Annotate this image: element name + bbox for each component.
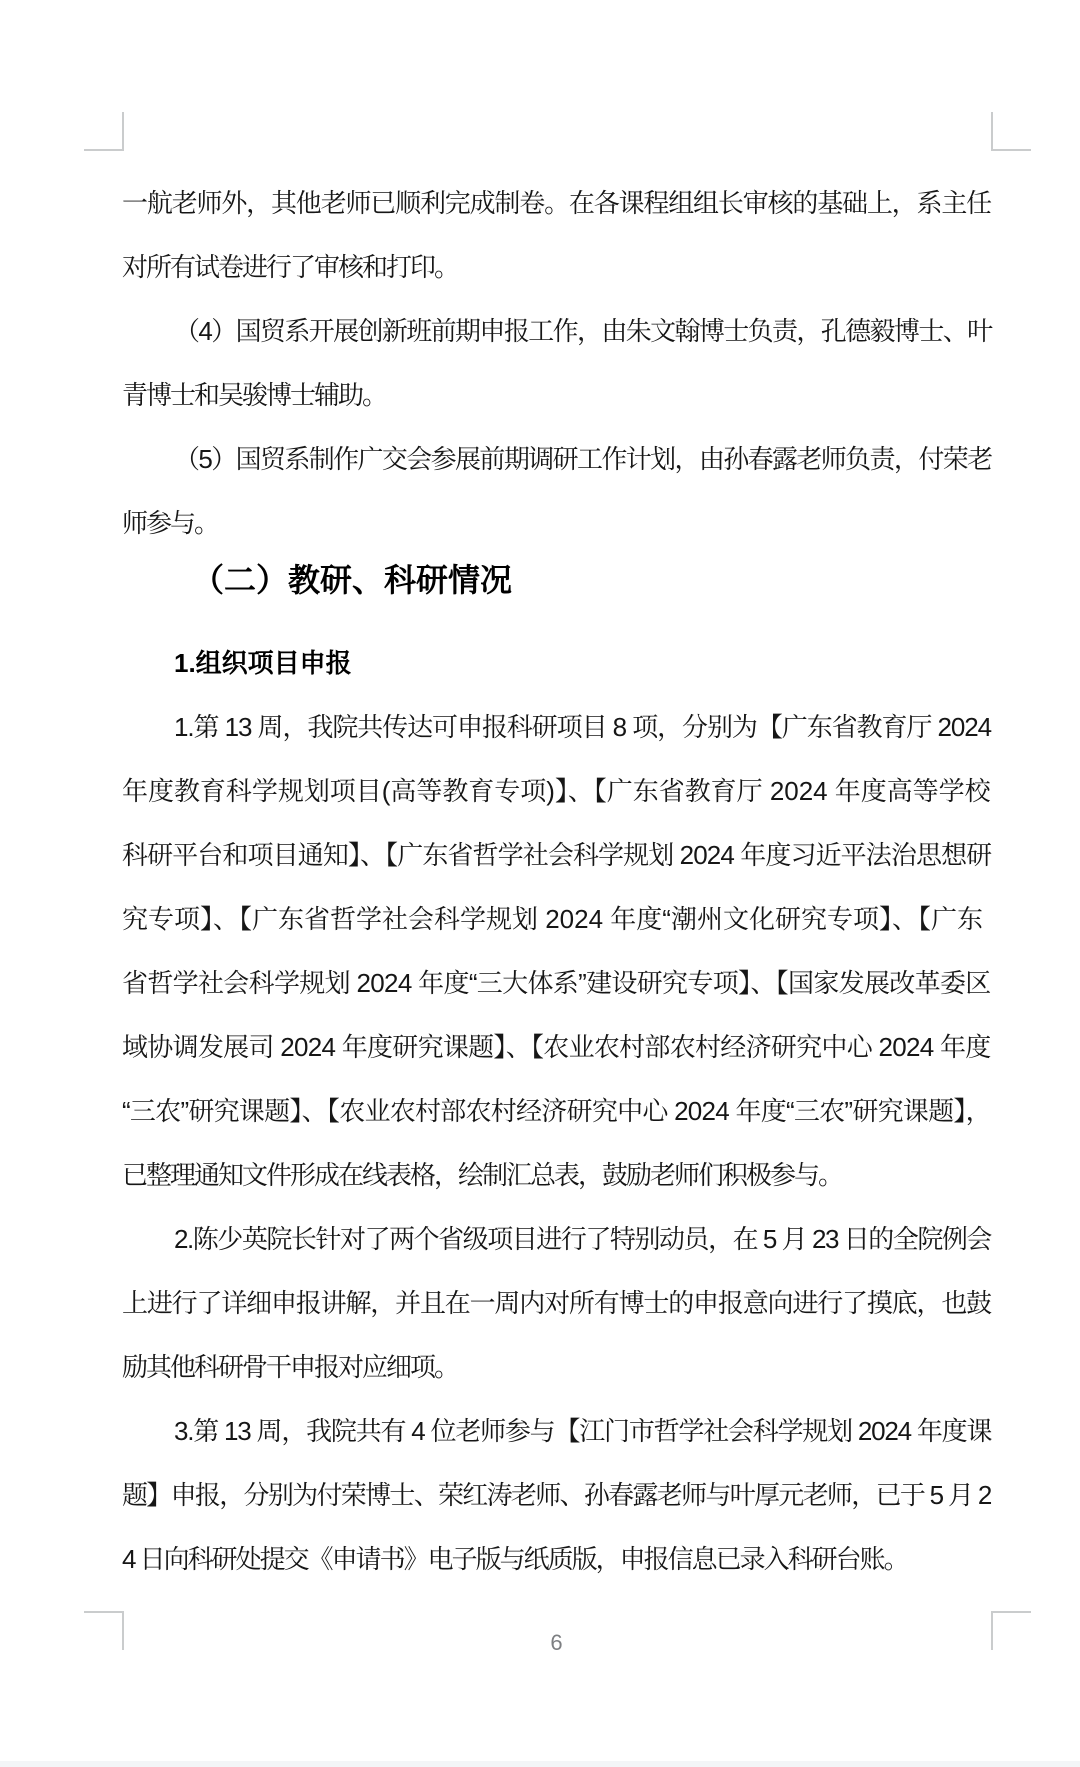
text-line: （5）国贸系制作广交会参展前期调研工作计划，由孙春露老师负责，付荣老 <box>174 427 991 491</box>
document-body: 一航老师外，其他老师已顺利完成制卷。在各课程组组长审核的基础上，系主任对所有试卷… <box>122 171 991 1591</box>
text-line: 师参与。 <box>122 491 991 555</box>
text-line: “三农”研究课题】、【农业农村部农村经济研究中心 2024 年度“三农”研究课题… <box>122 1079 991 1143</box>
section-heading: （二）教研、科研情况 <box>192 555 991 605</box>
text-line: 已整理通知文件形成在线表格，绘制汇总表，鼓励老师们积极参与。 <box>122 1143 991 1207</box>
text-line: 对所有试卷进行了审核和打印。 <box>122 235 991 299</box>
text-line: 究专项】、【广东省哲学社会科学规划 2024 年度“潮州文化研究专项】、【广东 <box>122 887 991 951</box>
text-line: 1.第 13 周，我院共传达可申报科研项目 8 项，分别为【广东省教育厅 202… <box>174 695 991 759</box>
text-boundary-mark-bottom-left <box>84 1611 124 1650</box>
text-line: 3.第 13 周，我院共有 4 位老师参与【江门市哲学社会科学规划 2024 年… <box>174 1399 991 1463</box>
text-boundary-mark-top-left <box>84 112 124 151</box>
text-line: 一航老师外，其他老师已顺利完成制卷。在各课程组组长审核的基础上，系主任 <box>122 171 991 235</box>
text-line: 2.陈少英院长针对了两个省级项目进行了特别动员，在 5 月 23 日的全院例会 <box>174 1207 991 1271</box>
text-line: 励其他科研骨干申报对应细项。 <box>122 1335 991 1399</box>
text-boundary-mark-top-right <box>991 112 1031 151</box>
text-line: （4）国贸系开展创新班前期申报工作，由朱文翰博士负责，孔德毅博士、叶 <box>174 299 991 363</box>
text-line: 域协调发展司 2024 年度研究课题】、【农业农村部农村经济研究中心 2024 … <box>122 1015 991 1079</box>
page-bottom-edge <box>0 1761 1080 1767</box>
text-line: 科研平台和项目通知】、【广东省哲学社会科学规划 2024 年度习近平法治思想研 <box>122 823 991 887</box>
text-line: 省哲学社会科学规划 2024 年度“三大体系”建设研究专项】、【国家发展改革委区 <box>122 951 991 1015</box>
text-line: 年度教育科学规划项目(高等教育专项)】、【广东省教育厅 2024 年度高等学校 <box>122 759 991 823</box>
text-boundary-mark-bottom-right <box>991 1611 1031 1650</box>
text-line: 上进行了详细申报讲解，并且在一周内对所有博士的申报意向进行了摸底，也鼓 <box>122 1271 991 1335</box>
document-page: 一航老师外，其他老师已顺利完成制卷。在各课程组组长审核的基础上，系主任对所有试卷… <box>0 0 1080 1767</box>
text-line: 题】申报，分别为付荣博士、荣红涛老师、孙春露老师与叶厚元老师，已于 5 月 2 <box>122 1463 991 1527</box>
text-line: 青博士和吴骏博士辅助。 <box>122 363 991 427</box>
page-number: 6 <box>122 1628 991 1658</box>
subsection-heading: 1.组织项目申报 <box>174 631 991 695</box>
text-line: 4 日向科研处提交《申请书》电子版与纸质版，申报信息已录入科研台账。 <box>122 1527 991 1591</box>
